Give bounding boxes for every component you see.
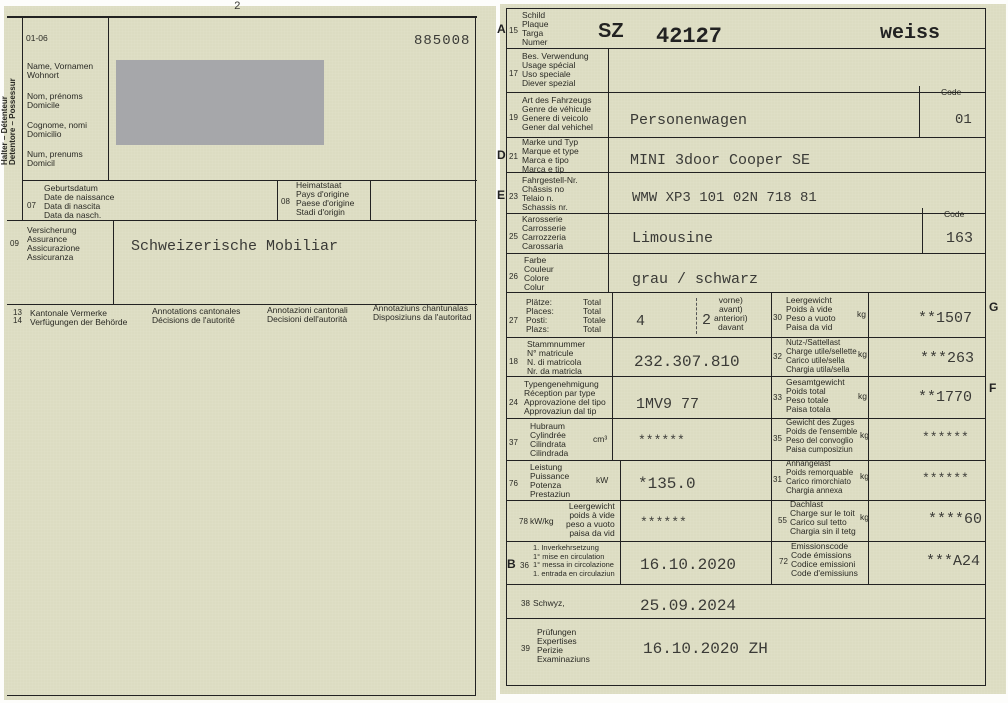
- serial-number: 885008: [414, 33, 470, 49]
- cantonal-notes-it: Annotazioni cantonali Decisioni dell'aut…: [267, 306, 348, 324]
- field-18-label: Stammnummer N° matricule N. di matricola…: [527, 340, 585, 376]
- field-27-total-label: Total Total Totale Total: [583, 298, 606, 334]
- insurance-value: Schweizerische Mobiliar: [131, 238, 338, 255]
- field-07-number: 07: [27, 201, 36, 210]
- cantonal-notes-fr: Annotations cantonales Décisions de l'au…: [152, 307, 240, 325]
- marker-f: F: [989, 381, 996, 395]
- field-25-code-label: Code: [944, 210, 964, 219]
- field-31-number: 31: [773, 475, 782, 484]
- holder-label-it: Cognome, nomi Domicilio: [27, 121, 87, 139]
- vehicle-type-value: Personenwagen: [630, 112, 747, 129]
- field-32-number: 32: [773, 352, 782, 361]
- field-78-unit-label: kW/kg: [530, 517, 554, 526]
- field-24-number: 24: [509, 398, 518, 407]
- field-33-unit: kg: [858, 392, 867, 401]
- field-19-label: Art des Fahrzeugs Genre de véhicule Gene…: [522, 96, 593, 132]
- field-23-number: 23: [509, 192, 518, 201]
- field-35-unit: kg: [860, 431, 869, 440]
- seats-front-value: 2: [702, 312, 711, 329]
- field-24-label: Typengenehmigung Réception par type Appr…: [524, 380, 606, 416]
- field-09-label: Versicherung Assurance Assicurazione Ass…: [27, 226, 80, 262]
- marker-e: E: [497, 188, 505, 202]
- field-72-label: Emissionscode Code émissions Codice emis…: [791, 542, 858, 578]
- field-19-code-label: Code: [941, 88, 961, 97]
- field-39-label: Prüfungen Expertises Perizie Examinaziun…: [537, 628, 590, 664]
- field-33-label: Gesamtgewicht Poids total Peso totale Pa…: [786, 378, 845, 414]
- field-13-14-number: 13 14: [13, 309, 22, 325]
- field-08-label: Heimatstaat Pays d'origine Paese d'origi…: [296, 181, 354, 217]
- trailer-load-value: ******: [922, 471, 969, 486]
- first-registration-value: 16.10.2020: [640, 556, 736, 574]
- field-78-number: 78: [519, 517, 528, 526]
- field-35-number: 35: [773, 434, 782, 443]
- field-38-number: 38: [521, 599, 530, 608]
- holder-label-rm: Num, prenums Domicil: [27, 150, 83, 168]
- make-model-value: MINI 3door Cooper SE: [630, 152, 810, 169]
- field-76-label: Leistung Puissance Potenza Prestaziun: [530, 463, 570, 499]
- holder-side-label: Halter – Détenteur Detentore – Possessur: [1, 78, 17, 165]
- field-37-number: 37: [509, 438, 518, 447]
- total-weight-value: **1770: [918, 389, 972, 406]
- payload-value: ***263: [920, 350, 974, 367]
- field-76-unit: kW: [596, 476, 608, 485]
- redacted-holder-name: [116, 60, 324, 145]
- field-31-unit: kg: [860, 472, 869, 481]
- field-30-number: 30: [773, 313, 782, 322]
- field-31-label: Anhängelast Poids remorquable Carico rim…: [786, 459, 853, 495]
- body-type-code: 163: [946, 230, 973, 247]
- plate-color: weiss: [880, 22, 940, 45]
- form-range: 01-06: [26, 34, 48, 43]
- field-55-label: Dachlast Charge sur le toit Carico sul t…: [790, 500, 856, 536]
- field-30-label: Leergewicht Poids à vide Peso a vuoto Pa…: [786, 296, 836, 332]
- page-number: 2: [234, 1, 241, 13]
- vehicle-type-code: 01: [955, 112, 972, 128]
- field-15-label: Schild Plaque Targa Numer: [522, 11, 548, 47]
- empty-weight-value: **1507: [918, 310, 972, 327]
- plate-canton: SZ: [598, 20, 624, 43]
- field-36-number: 36: [520, 561, 529, 570]
- field-33-number: 33: [773, 393, 782, 402]
- field-55-unit: kg: [860, 513, 869, 522]
- plate-number: 42127: [656, 24, 722, 49]
- train-weight-value: ******: [922, 430, 969, 445]
- cantonal-notes-rm: Annotaziuns chantunalas Disposiziuns da …: [373, 304, 471, 322]
- emission-code-value: ***A24: [926, 553, 980, 570]
- seats-front-label: vorne) avant) anteriori) davant: [714, 296, 748, 332]
- field-07-label: Geburtsdatum Date de naissance Data di n…: [44, 184, 114, 220]
- field-30-unit: kg: [857, 310, 866, 319]
- field-19-number: 19: [509, 113, 518, 122]
- holder-label-de: Name, Vornamen Wohnort: [27, 62, 93, 80]
- body-type-value: Limousine: [632, 230, 713, 247]
- field-38-label: Schwyz,: [533, 599, 565, 608]
- field-76-number: 76: [509, 479, 518, 488]
- marker-b: B: [507, 557, 516, 571]
- power-weight-ratio-value: ******: [640, 515, 687, 530]
- field-15-number: 15: [509, 26, 518, 35]
- field-09-number: 09: [10, 239, 19, 248]
- field-27-label: Plätze: Places: Posti: Plazs:: [526, 298, 554, 334]
- field-32-label: Nutz-/Sattellast Charge utile/sellette C…: [786, 338, 857, 374]
- issue-date-value: 25.09.2024: [640, 597, 736, 615]
- chassis-number-value: WMW XP3 101 02N 718 81: [632, 190, 817, 206]
- field-08-number: 08: [281, 197, 290, 206]
- marker-d: D: [497, 148, 506, 162]
- marker-g: G: [989, 300, 998, 314]
- field-25-label: Karosserie Carrosserie Carrozzeria Caros…: [522, 215, 566, 251]
- color-value: grau / schwarz: [632, 271, 758, 288]
- field-21-label: Marke und Typ Marque et type Marca e tip…: [522, 138, 579, 174]
- field-18-number: 18: [509, 357, 518, 366]
- field-55-number: 55: [778, 516, 787, 525]
- field-39-number: 39: [521, 644, 530, 653]
- field-37-unit: cm³: [593, 435, 607, 444]
- field-35-label: Gewicht des Zuges Poids de l'ensemble Pe…: [786, 418, 857, 454]
- power-value: *135.0: [638, 475, 696, 493]
- field-32-unit: kg: [858, 350, 867, 359]
- displacement-value: ******: [638, 433, 685, 448]
- seats-total-value: 4: [636, 313, 645, 330]
- type-approval-value: 1MV9 77: [636, 396, 699, 413]
- roof-load-value: ****60: [928, 511, 982, 528]
- master-number-value: 232.307.810: [634, 353, 740, 371]
- field-37-label: Hubraum Cylindrée Cilindrata Cilindrada: [530, 422, 568, 458]
- field-17-number: 17: [509, 69, 518, 78]
- field-21-number: 21: [509, 152, 518, 161]
- field-23-label: Fahrgestell-Nr. Châssis no Telaio n. Sch…: [522, 176, 578, 212]
- field-78-label: Leergewicht poids à vide peso a vuoto pa…: [566, 502, 615, 538]
- field-72-number: 72: [779, 557, 788, 566]
- field-27-number: 27: [509, 316, 518, 325]
- cantonal-notes-de: Kantonale Vermerke Verfügungen der Behör…: [30, 309, 127, 327]
- holder-label-fr: Nom, prénoms Domicile: [27, 92, 83, 110]
- field-17-label: Bes. Verwendung Usage spécial Uso specia…: [522, 52, 589, 88]
- field-25-number: 25: [509, 232, 518, 241]
- field-36-label: 1. Inverkehrsetzung 1° mise en circulati…: [533, 544, 615, 578]
- marker-a: A: [497, 22, 506, 36]
- inspection-value: 16.10.2020 ZH: [643, 640, 768, 658]
- field-26-number: 26: [509, 272, 518, 281]
- field-26-label: Farbe Couleur Colore Colur: [524, 256, 554, 292]
